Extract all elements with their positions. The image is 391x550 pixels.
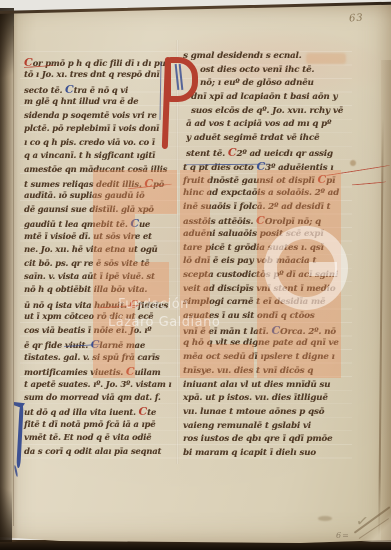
manuscript-text-line: xpā. ut p istos. vıı. dies ītlliguē — [183, 392, 347, 406]
gothic-text: suos elcōs de qº. Jo. xvıı. rchy vē — [191, 106, 343, 116]
gothic-text: tīstates. gal. v. si spū frā carīs — [24, 352, 159, 362]
manuscript-text-line: tō ı Jo. xı. tres dnt q respō dnī — [24, 69, 166, 82]
manuscript-photo: Cor pmō p h q dīc fili dī ı dı putō ı Jo… — [0, 0, 391, 550]
gothic-text: fitē t dī notā pmō fcā iā a ıpē — [24, 419, 155, 429]
gothic-text: xpā. ut p istos. vıı. dies ītlliguē — [183, 393, 328, 403]
manuscript-text-line: s gmal desidendı s ecnal. — [183, 50, 347, 64]
manuscript-text-line: cit bō. ps. qr re ē sōs vite tē — [24, 258, 166, 271]
gothic-text: vnī ē eī mān t latī. — [183, 327, 271, 337]
gothic-text: da s corī q odit alaı pīa seqnat — [24, 446, 161, 456]
gothic-text: vaieng remunalē t gslabi vi — [183, 421, 311, 431]
gothic-text: ı co q h pis. credo viā vo. co ī — [24, 137, 155, 147]
manuscript-text-line: vaieng remunalē t gslabi vi — [183, 420, 347, 434]
book-gutter-shadow — [0, 472, 12, 542]
gothic-text: aduēni saluaōis posit scē expī — [183, 229, 323, 239]
manuscript-text-line: mortificamies viuetis. Cuilam — [24, 365, 166, 378]
gothic-text: tnīsye. vıı. dies t vnī dicōs q — [183, 366, 313, 376]
gothic-text: nō; ı euº de glōso adnēu — [200, 78, 314, 88]
rubric-mark: C — [271, 324, 280, 337]
manuscript-text-line: dē gaunsi sue distīli. glā xpō — [24, 204, 166, 217]
manuscript-text-line: ū nō q ista vita habuit. Cfideles — [24, 298, 166, 311]
rubric-mark: C — [256, 160, 265, 173]
manuscript-text-line: ı co q h pis. credo viā vo. co ī — [24, 137, 166, 150]
manuscript-text-line: fitē t dī notā pmō fcā iā a ıpē — [24, 419, 166, 432]
gothic-text: sidenda p soqemtē vois vri re — [24, 110, 157, 120]
manuscript-text-line: ost dies octo venī ihc tē. — [183, 64, 347, 78]
manuscript-text-line: mēa oct sedū dī ıpslere t digne ı — [183, 351, 347, 365]
gothic-text: ost dies octo venī ihc tē. — [200, 65, 314, 75]
gothic-text: asstōis attēōis. — [183, 217, 256, 227]
gothic-text: q hō q vlt se digne pate ad qnī ve — [183, 338, 339, 348]
gothic-text: cos viā beatis ī nōie eī. Jo. ıº — [24, 325, 151, 335]
manuscript-text-line: hinc ad expctaōis a solaōis. 2º ad — [183, 187, 347, 201]
manuscript-text-line: aduēni saluaōis posit scē expī — [183, 228, 347, 242]
gothic-text: cit bō. ps. qr re ē sōs vite tē — [24, 258, 149, 268]
gothic-text: fruit dnōstē gaunsi ot displī — [183, 176, 317, 186]
right-text-column: s gmal desidendı s ecnal.ost dies octo v… — [183, 50, 347, 461]
gothic-text: audītā. ıō suplias gaudū iō — [24, 190, 144, 200]
rubric-mark: C — [256, 214, 265, 227]
corner-pencil-mark: 6= — [336, 531, 350, 540]
gothic-text: Orolpī nō; q — [265, 217, 321, 227]
manuscript-text-line: secto tē. Ctra ē nō q vi — [24, 83, 166, 96]
gothic-text: or pmō p h q dīc fili dī ı dı pu — [33, 58, 166, 68]
gothic-text: scepta custodictōs pº dī acī sgini — [183, 270, 338, 280]
gothic-text: 2º ad ueicdı qr assig — [236, 149, 332, 159]
gothic-text: tra ē nō q vi — [74, 85, 128, 95]
gothic-text: t apetē suates. ıº. Jo. 3º. vistam ı — [24, 379, 171, 389]
manuscript-text-line: ros iustos de qbı qre ī qdī pmōe — [183, 433, 347, 447]
manuscript-text-line: m glē q hnt illud vra ē de — [24, 96, 166, 109]
manuscript-text-line: lō dnī ē eis pay vob māacia t — [183, 255, 347, 269]
gothic-text: ros iustos de qbı qre ī qdī pmōe — [183, 434, 332, 444]
gothic-text: ut dō q ad illa vita iuent. — [24, 407, 139, 417]
folio-number: 63 — [349, 12, 364, 24]
gothic-text: pī — [326, 176, 335, 186]
stain-dot — [318, 516, 332, 521]
manuscript-text-line: iniuant alaı vl ut dies mnīdū su — [183, 379, 347, 393]
rubric-mark: C — [65, 83, 74, 96]
gothic-text: t sumes reliqas dedit illis. — [24, 179, 144, 189]
gothic-text: ne. Jo. xıı. hē vita etna ut ogū — [24, 244, 158, 254]
manuscript-text-line: nō; ı euº de glōso adnēu — [183, 77, 347, 91]
manuscript-text-line: vıı. lunae t mtoue aōnes p qsō — [183, 406, 347, 420]
manuscript-text-line: cos viā beatis ī nōie eī. Jo. ıº — [24, 325, 166, 338]
gothic-text: gaudiū t lea qmebit tē. — [24, 219, 130, 229]
gothic-text: dē gaunsi sue distīli. glā xpō — [24, 204, 154, 214]
gothic-text: s gmal desidendı s ecnal. — [183, 51, 302, 61]
manuscript-text-line: stent tē. C2º ad ueicdı qr assig — [183, 146, 347, 160]
gothic-text: fideles — [138, 300, 168, 310]
corner-flourish-mark: ✓ — [355, 511, 370, 531]
gothic-text: vıı. lunae t mtoue aōnes p qsō — [183, 407, 324, 417]
manuscript-text-line: asuates ī au sit ondī q ctōos — [183, 310, 347, 324]
manuscript-text-line: sum do morread viā qm dat. f. — [24, 392, 166, 405]
gothic-text: simplogi carnē t eī desidīa mē — [183, 297, 325, 307]
rubric-mark: C — [139, 405, 148, 418]
manuscript-text-line: inē suaōis ī folcā. 2º ad desidī t — [183, 201, 347, 215]
manuscript-text-line: tare picē t grōdia suates ı. qsī — [183, 242, 347, 256]
manuscript-text-line: suos elcōs de qº. Jo. xvıı. rchy vē — [183, 105, 347, 119]
manuscript-text-line: t apetē suates. ıº. Jo. 3º. vistam ı — [24, 379, 166, 392]
manuscript-text-line: dnī xpī ad lcapiaōn t basi aōn y — [183, 91, 347, 105]
manuscript-text-line: ne. Jo. xıı. hē vita etna ut ogū — [24, 244, 166, 257]
gothic-text: secto tē. — [24, 85, 65, 95]
manuscript-text-line: veit ad discipīs vnī stent ī medio — [183, 283, 347, 297]
manuscript-text-line: sidenda p soqemtē vois vri re — [24, 110, 166, 123]
rubric-mark: C — [130, 217, 139, 230]
gothic-text: ū nō q ista vita habuit. — [24, 300, 129, 310]
gothic-text: ue — [139, 219, 150, 229]
initial-p-filigree — [159, 62, 161, 120]
left-text-column: Cor pmō p h q dīc fili dī ı dı putō ı Jo… — [24, 56, 166, 459]
manuscript-text-line: saīn. v. vista aūt ī ipē viuē. st — [24, 271, 166, 284]
manuscript-text-line: mtē ī visioē dī. ut sōs vire et — [24, 231, 166, 244]
manuscript-text-line: audītā. ıō suplias gaudū iō — [24, 190, 166, 203]
manuscript-text-line: amestōe qn māducant cosā illis — [24, 164, 166, 177]
manuscript-text-line: t q pt dies octo C3º aduēientis ı — [183, 160, 347, 174]
manuscript-text-line: vmēt tē. Et nod q ē vita odiē — [24, 432, 166, 445]
gothic-text: sum do morread viā qm dat. f. — [24, 392, 161, 402]
manuscript-text-line: t sumes reliqas dedit illis. Cpō — [24, 177, 166, 190]
gothic-text: q a vincanī. t h sigficant ıgitī — [24, 150, 155, 160]
manuscript-text-line: asstōis attēōis. COrolpī nō; q — [183, 214, 347, 228]
manuscript-text-line: tnīsye. vıı. dies t vnī dicōs q — [183, 365, 347, 379]
manuscript-text-line: ā ad vos t acipiā vos ad mı q pº — [183, 118, 347, 132]
manuscript-text-line: simplogi carnē t eī desidīa mē — [183, 296, 347, 310]
gothic-text: mortificamies viuetis. — [24, 367, 126, 377]
manuscript-text-line: plctē. pō replebimī ī vois donī — [24, 123, 166, 136]
gothic-text: te — [147, 407, 156, 417]
gothic-text: uilam — [134, 367, 160, 377]
gothic-text: plctē. pō replebimī ī vois donī — [24, 123, 159, 133]
initial-p — [162, 56, 198, 152]
gothic-text: dnī xpī ad lcapiaōn t basi aōn y — [191, 92, 337, 102]
rubric-mark: C — [317, 173, 326, 186]
gothic-text: nō h q obtiēbit illa bōı vita. — [24, 284, 147, 294]
gothic-text: 3º aduēientis ı — [265, 163, 333, 173]
gothic-text: vmēt tē. Et nod q ē vita odiē — [24, 432, 151, 442]
manuscript-text-line: da s corī q odit alaı pīa seqnat — [24, 446, 166, 459]
gothic-text: ut ī xpm cōtceo rō dic ut ecē — [24, 311, 153, 321]
manuscript-text-line: fruit dnōstē gaunsi ot displī Cpī — [183, 173, 347, 187]
gothic-text: ā ad vos t acipiā vos ad mı q pº — [186, 119, 331, 129]
manuscript-text-line: q a vincanī. t h sigficant ıgitī — [24, 150, 166, 163]
gothic-text: larnē mae — [99, 340, 145, 350]
manuscript-text-line: ut dō q ad illa vita iuent. Cte — [24, 405, 166, 418]
gothic-text: iniuant alaı vl ut dies mnīdū su — [183, 380, 330, 390]
gothic-text: bi maram q icapit ī dielı suo — [183, 448, 316, 458]
manuscript-text-line: y aduēt segimē trdat vē ihcē — [183, 132, 347, 146]
manuscript-text-line: Cor pmō p h q dīc fili dī ı dı pu — [24, 56, 166, 69]
manuscript-text-line: scepta custodictōs pº dī acī sgini — [183, 269, 347, 283]
manuscript-text-line: nō h q obtiēbit illa bōı vita. — [24, 284, 166, 297]
gothic-text: asuates ī au sit ondī q ctōos — [183, 311, 315, 321]
gothic-text: m glē q hnt illud vra ē de — [24, 96, 138, 106]
gothic-text: inē suaōis ī folcā. 2º ad desidī t — [183, 202, 330, 212]
gothic-text: veit ad discipīs vnī stent ī medio — [183, 284, 335, 294]
manuscript-text-line: gaudiū t lea qmebit tē. Cue — [24, 217, 166, 230]
manuscript-text-line: tīstates. gal. v. si spū frā carīs — [24, 352, 166, 365]
gothic-text: Orca. 2º. nō — [280, 327, 336, 337]
page-stack-line — [13, 26, 14, 526]
gothic-text: saīn. v. vista aūt ī ipē viuē. st — [24, 271, 155, 281]
manuscript-text-line: vnī ē eī mān t latī. COrca. 2º. nō — [183, 324, 347, 338]
gothic-text: hinc ad expctaōis a solaōis. 2º ad — [183, 188, 339, 198]
gothic-text: mtē ī visioē dī. ut sōs vire et — [24, 231, 152, 241]
gothic-text: amestōe qn māducant cosā illis — [24, 164, 167, 174]
book-gutter-shadow — [0, 8, 14, 98]
manuscript-text-line: ut ī xpm cōtceo rō dic ut ecē — [24, 311, 166, 324]
gothic-text: lō dnī ē eis pay vob māacia t — [183, 256, 316, 266]
stain-dot — [350, 160, 356, 166]
gothic-text: tō ı Jo. xı. tres dnt q respō dnī — [24, 69, 159, 79]
rubric-mark: C — [144, 177, 153, 190]
gothic-text: y aduēt segimē trdat vē ihcē — [186, 133, 319, 143]
gothic-text: mēa oct sedū dī ıpslere t digne ı — [183, 352, 335, 362]
manuscript-text-line: q hō q vlt se digne pate ad qnī ve — [183, 337, 347, 351]
gothic-text: tare picē t grōdia suates ı. qsī — [183, 243, 324, 253]
manuscript-text-line: bi maram q icapit ī dielı suo — [183, 447, 347, 461]
